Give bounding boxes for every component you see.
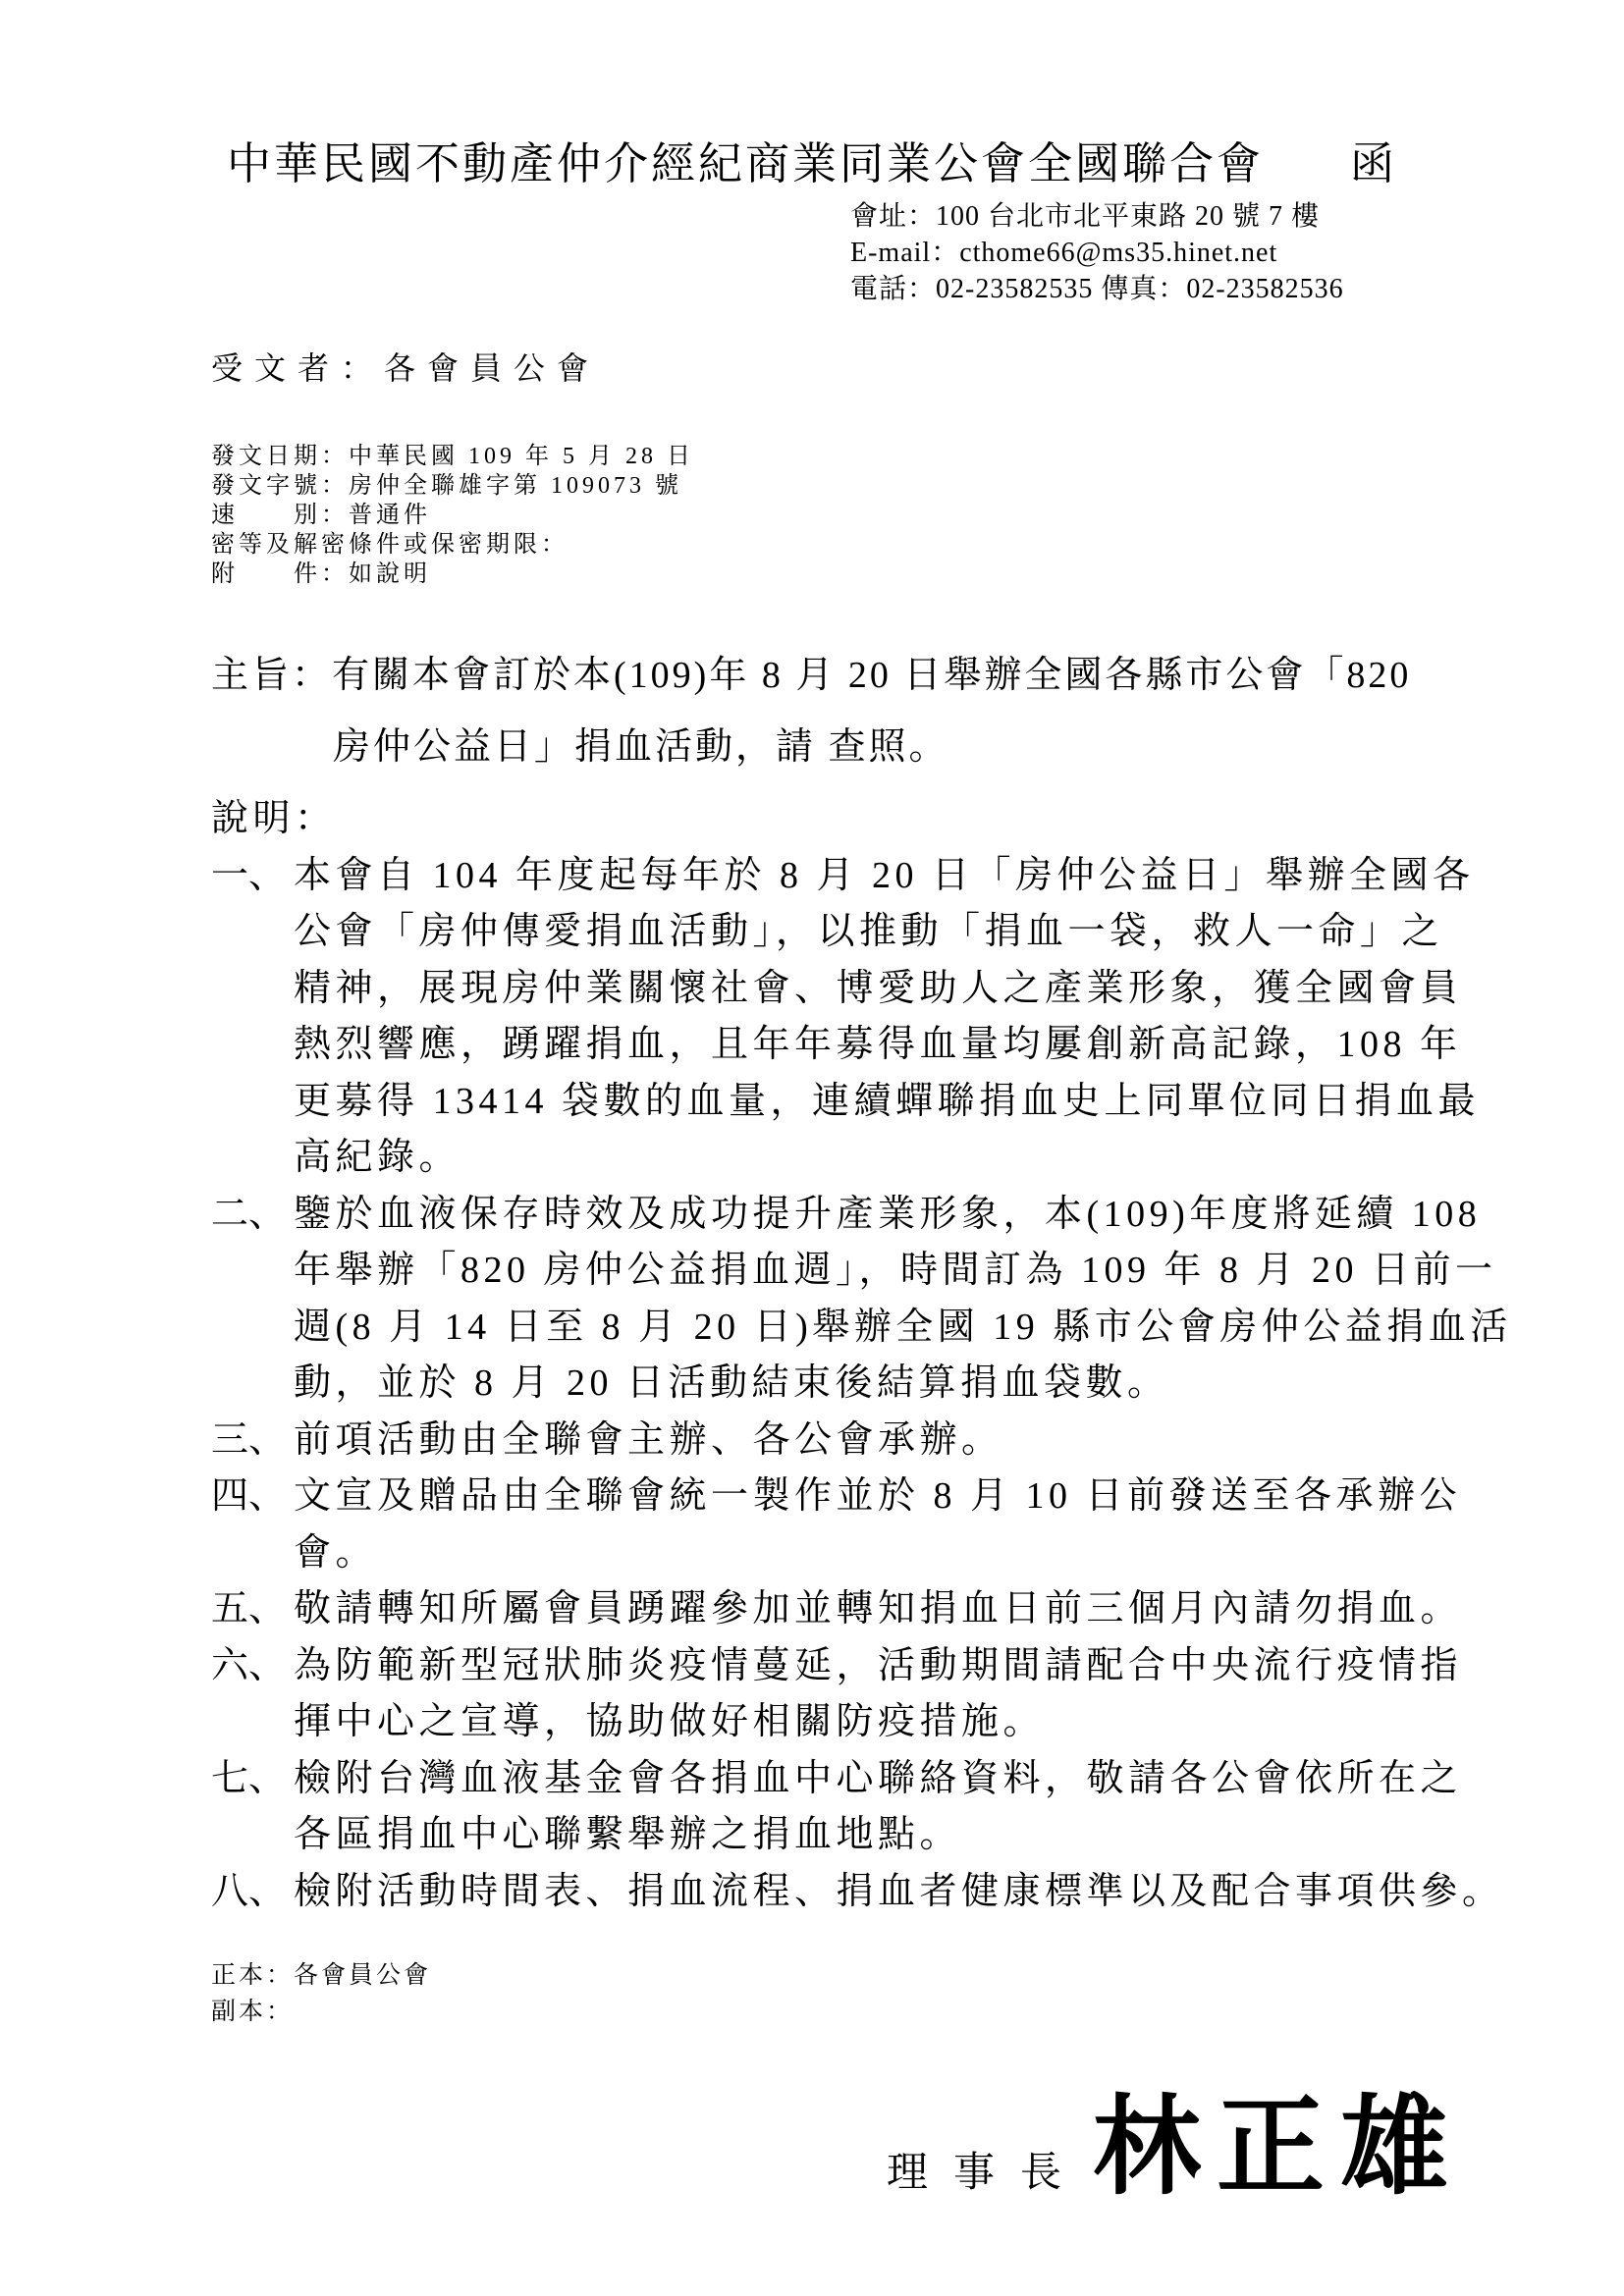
item-line: 檢附活動時間表、捐血流程、捐血者健康標準以及配合事項供參。 [294,1864,1517,1921]
item-marker: 八、 [211,1864,286,1921]
item-line: 敬請轉知所屬會員踴躍參加並轉知捐血日前三個月內請勿捐血。 [294,1581,1517,1638]
explanation-label: 說明： [211,791,1517,848]
item-line: 週(8 月 14 日至 8 月 20 日)舉辦全國 19 縣市公會房仲公益捐血活 [294,1300,1517,1357]
list-item-7: 七、 檢附台灣血液基金會各捐血中心聯絡資料，敬請各公會依所在之 各區捐血中心聯繫… [211,1751,1517,1864]
item-marker: 七、 [211,1751,286,1808]
recipient-line: 受文者：各會員公會 [211,344,600,389]
list-item-6: 六、 為防範新型冠狀肺炎疫情蔓延，活動期間請配合中央流行疫情指 揮中心之宣導，協… [211,1638,1517,1751]
contact-email: E-mail：cthome66@ms35.hinet.net [850,235,1344,271]
item-line: 公會「房仲傳愛捐血活動」，以推動「捐血一袋，救人一命」之 [294,904,1517,961]
meta-security-class: 密等及解密條件或保密期限： [211,530,694,560]
item-line: 前項活動由全聯會主辦、各公會承辦。 [294,1413,1517,1469]
contact-address: 會址：100 台北市北平東路 20 號 7 樓 [850,198,1344,235]
item-line: 精神，展現房仲業關懷社會、博愛助人之產業形象，獲全國會員 [294,961,1517,1018]
meta-block: 發文日期：中華民國 109 年 5 月 28 日 發文字號：房仲全聯雄字第 10… [211,442,694,589]
subject-line: 主旨：有關本會訂於本(109)年 8 月 20 日舉辦全國各縣市公會「820 [211,640,1517,712]
item-marker: 六、 [211,1638,286,1695]
document-type-label: 函 [1350,139,1397,188]
item-line: 更募得 13414 袋數的血量，連續蟬聯捐血史上同單位同日捐血最 [294,1074,1517,1131]
copy-original-line: 正本：各會員公會 [211,1957,431,1994]
subject-label: 主旨： [211,655,332,696]
meta-speed-class: 速 別：普通件 [211,501,694,530]
item-marker: 一、 [211,848,286,905]
contact-block: 會址：100 台北市北平東路 20 號 7 樓 E-mail：cthome66@… [850,198,1344,307]
list-item-2: 二、 鑒於血液保存時效及成功提升產業形象，本(109)年度將延續 108 年舉辦… [211,1187,1517,1413]
signature-title: 理事長 [887,2140,1087,2199]
list-item-5: 五、 敬請轉知所屬會員踴躍參加並轉知捐血日前三個月內請勿捐血。 [211,1581,1517,1638]
explanation-block: 說明： 一、 本會自 104 年度起每年於 8 月 20 日「房仲公益日」舉辦全… [211,791,1517,1920]
item-line: 會。 [294,1525,1517,1582]
item-marker: 三、 [211,1413,286,1469]
subject-line: 房仲公益日」捐血活動，請 查照。 [211,712,1517,783]
item-line: 為防範新型冠狀肺炎疫情蔓延，活動期間請配合中央流行疫情指 [294,1638,1517,1695]
item-line: 高紀錄。 [294,1130,1517,1187]
subject-text: 有關本會訂於本(109)年 8 月 20 日舉辦全國各縣市公會「820 [332,655,1411,696]
meta-issue-date: 發文日期：中華民國 109 年 5 月 28 日 [211,442,694,471]
signature-name: 林正雄 [1093,2089,1464,2208]
item-marker: 二、 [211,1187,286,1244]
item-line: 揮中心之宣導，協助做好相關防疫措施。 [294,1694,1517,1751]
item-line: 本會自 104 年度起每年於 8 月 20 日「房仲公益日」舉辦全國各 [294,848,1517,905]
item-line: 鑒於血液保存時效及成功提升產業形象，本(109)年度將延續 108 [294,1187,1517,1244]
copy-cc-line: 副本： [211,1994,431,2030]
item-line: 各區捐血中心聯繫舉辦之捐血地點。 [294,1807,1517,1864]
item-line: 熱烈響應，踴躍捐血，且年年募得血量均屢創新高記錄，108 年 [294,1017,1517,1074]
subject-block: 主旨：有關本會訂於本(109)年 8 月 20 日舉辦全國各縣市公會「820 房… [211,640,1517,783]
copies-block: 正本：各會員公會 副本： [211,1957,431,2030]
organization-name: 中華民國不動產仲介經紀商業同業公會全國聯合會 [227,139,1264,188]
list-item-4: 四、 文宣及贈品由全聯會統一製作並於 8 月 10 日前發送至各承辦公 會。 [211,1468,1517,1581]
contact-phone-fax: 電話：02-23582535 傳真：02-23582536 [850,271,1344,307]
list-item-1: 一、 本會自 104 年度起每年於 8 月 20 日「房仲公益日」舉辦全國各 公… [211,848,1517,1187]
signature-block: 理事長 林正雄 [887,2089,1464,2208]
item-marker: 五、 [211,1581,286,1638]
meta-reference-number: 發文字號：房仲全聯雄字第 109073 號 [211,471,694,501]
item-line: 動，並於 8 月 20 日活動結束後結算捐血袋數。 [294,1356,1517,1413]
document-title: 中華民國不動產仲介經紀商業同業公會全國聯合會函 [0,128,1624,191]
item-line: 檢附台灣血液基金會各捐血中心聯絡資料，敬請各公會依所在之 [294,1751,1517,1808]
item-line: 文宣及贈品由全聯會統一製作並於 8 月 10 日前發送至各承辦公 [294,1468,1517,1525]
item-marker: 四、 [211,1468,286,1525]
meta-attachment: 附 件：如說明 [211,560,694,589]
item-line: 年舉辦「820 房仲公益捐血週」，時間訂為 109 年 8 月 20 日前一 [294,1243,1517,1300]
list-item-8: 八、 檢附活動時間表、捐血流程、捐血者健康標準以及配合事項供參。 [211,1864,1517,1921]
list-item-3: 三、 前項活動由全聯會主辦、各公會承辦。 [211,1413,1517,1469]
official-letter-page: 中華民國不動產仲介經紀商業同業公會全國聯合會函 會址：100 台北市北平東路 2… [0,0,1624,2296]
